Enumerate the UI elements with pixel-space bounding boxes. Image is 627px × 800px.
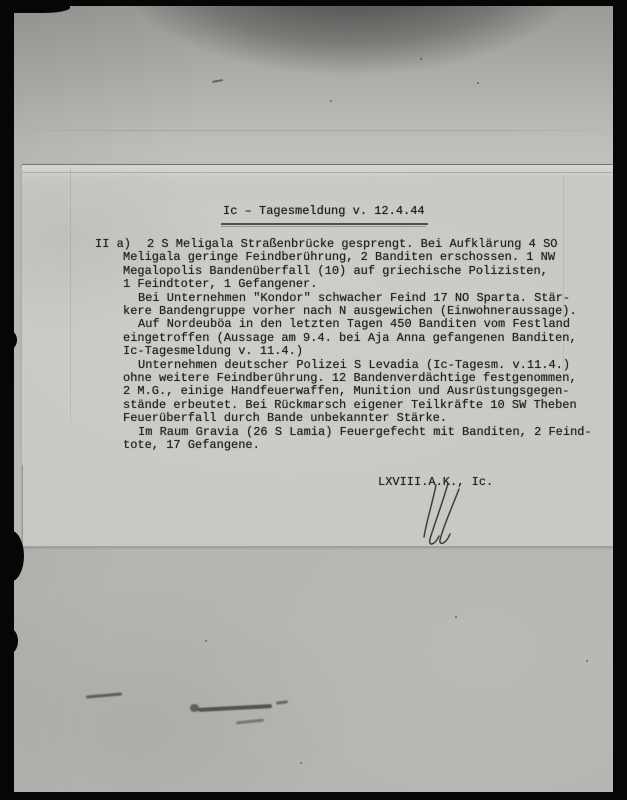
paper-seam xyxy=(14,130,614,131)
dust-speck xyxy=(420,58,422,60)
dust-speck xyxy=(300,762,302,764)
line-text: Unternehmen deutscher Polizei S Levadia … xyxy=(138,358,570,372)
film-frame-right xyxy=(613,0,627,800)
report-sheet: Ic – Tagesmeldung v. 12.4.44 II a)2 S Me… xyxy=(22,164,613,547)
scanned-document-photo: Ic – Tagesmeldung v. 12.4.44 II a)2 S Me… xyxy=(0,0,627,800)
line-text: stände erbeutet. Bei Rückmarsch eigener … xyxy=(123,398,577,412)
paper-crease xyxy=(70,167,71,422)
film-frame-top xyxy=(0,0,627,6)
document-line: Feuerüberfall durch Bande unbekannter St… xyxy=(123,412,592,425)
line-text: tote, 17 Gefangene. xyxy=(123,438,260,452)
report-body: II a)2 S Meligala Straßenbrücke gespreng… xyxy=(123,238,592,453)
film-frame-bottom xyxy=(0,792,627,800)
line-text: eingetroffen (Aussage am 9.4. bei Aja An… xyxy=(123,331,577,345)
sheet-edge xyxy=(22,465,23,547)
line-text: 2 S Meligala Straßenbrücke gesprengt. Be… xyxy=(147,237,557,251)
film-edge-bump xyxy=(0,330,17,350)
film-frame-corner xyxy=(0,0,70,13)
dust-speck xyxy=(205,640,207,642)
line-text: 2 M.G., einige Handfeuerwaffen, Munition… xyxy=(123,384,569,398)
document-line: 2 M.G., einige Handfeuerwaffen, Munition… xyxy=(123,385,592,398)
line-text: Ic-Tagesmeldung v. 11.4.) xyxy=(123,344,303,358)
dust-speck xyxy=(477,82,479,84)
dust-speck xyxy=(455,616,457,618)
film-edge-bump xyxy=(0,628,18,654)
line-text: ohne weitere Feindberührung. 12 Bandenve… xyxy=(123,371,577,385)
line-text: Im Raum Gravia (26 S Lamia) Feuergefecht… xyxy=(138,425,592,439)
dust-speck xyxy=(330,100,332,102)
film-frame-left xyxy=(0,0,14,800)
document-line: 1 Feindtoter, 1 Gefangener. xyxy=(123,278,592,291)
ink-smudge xyxy=(190,704,199,712)
dust-speck xyxy=(586,660,588,662)
handwritten-initial xyxy=(418,483,466,545)
document-line: Auf Nordeuböa in den letzten Tagen 450 B… xyxy=(138,318,592,331)
document-line: Meligala geringe Feindberührung, 2 Bandi… xyxy=(123,251,592,264)
document-line: tote, 17 Gefangene. xyxy=(123,439,592,452)
line-text: Auf Nordeuböa in den letzten Tagen 450 B… xyxy=(138,317,570,331)
line-text: Megalopolis Bandenüberfall (10) auf grie… xyxy=(123,264,548,278)
document-line: Ic-Tagesmeldung v. 11.4.) xyxy=(123,345,592,358)
line-text: kere Bandengruppe vorher nach N ausgewic… xyxy=(123,304,577,318)
line-text: 1 Feindtoter, 1 Gefangener. xyxy=(123,277,317,291)
line-text: Meligala geringe Feindberührung, 2 Bandi… xyxy=(123,250,555,264)
line-text: Feuerüberfall durch Bande unbekannter St… xyxy=(123,411,447,425)
report-title: Ic – Tagesmeldung v. 12.4.44 xyxy=(221,204,428,225)
line-text: Bei Unternehmen "Kondor" schwacher Feind… xyxy=(138,291,570,305)
